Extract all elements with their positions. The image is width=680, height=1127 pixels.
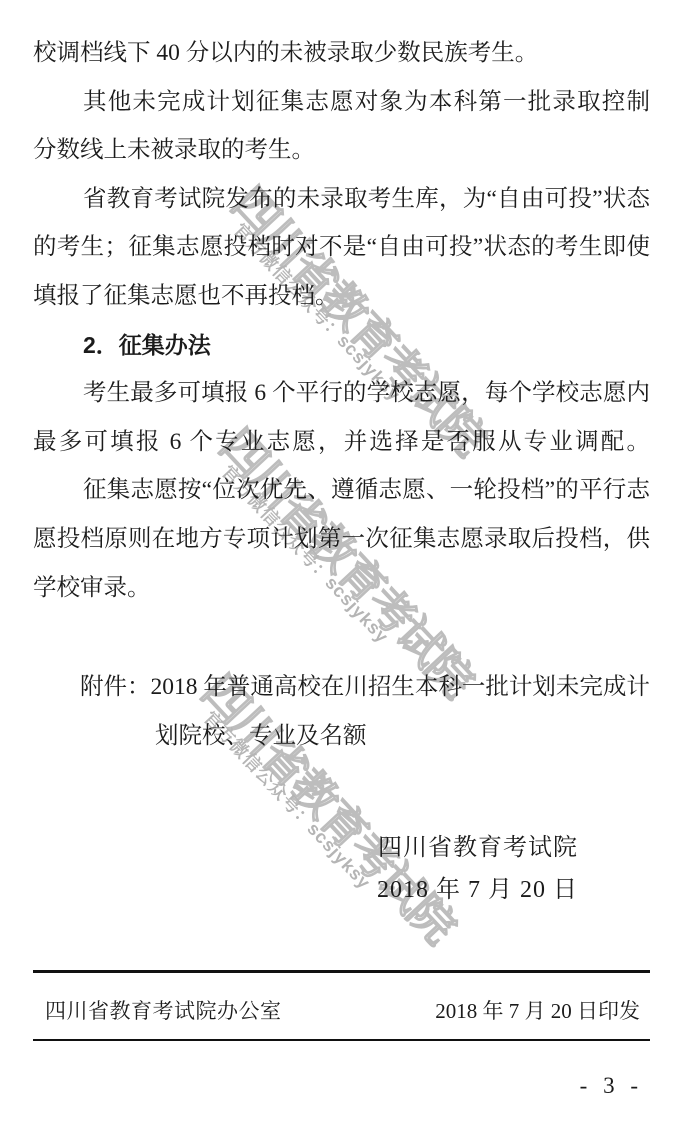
signature-date: 2018 年 7 月 20 日 [377,869,578,904]
body-line: 最多可填报 6 个专业志愿，并选择是否服从专业调配。 [33,427,650,476]
footer-office: 四川省教育考试院办公室 [33,995,282,1025]
attachment-note: 附件：2018 年普通高校在川招生本科一批计划未完成计 划院校、专业及名额 [33,672,650,769]
body-line: 填报了征集志愿也不再投档。 [33,281,650,330]
signature-org: 四川省教育考试院 [378,827,578,862]
attachment-line: 附件：2018 年普通高校在川招生本科一批计划未完成计 [33,672,650,721]
body-line: 学校审录。 [33,573,650,622]
attachment-line: 划院校、专业及名额 [33,721,650,770]
body-line: 分数线上未被录取的考生。 [33,135,650,184]
footer-row: 四川省教育考试院办公室 2018 年 7 月 20 日印发 [33,995,650,1025]
body-line: 的考生；征集志愿投档时对不是“自由可投”状态的考生即使 [33,232,650,281]
footer-rule-top [33,970,650,973]
footer-print-date: 2018 年 7 月 20 日印发 [435,995,650,1025]
document-page: 四川省教育考试院 官方微信公众号：scsjyksy 四川省教育考试院 官方微信公… [0,0,680,1127]
body-line: 征集志愿按“位次优先、遵循志愿、一轮投档”的平行志 [33,475,650,524]
body-line: 其他未完成计划征集志愿对象为本科第一批录取控制 [33,87,650,136]
page-number: - 3 - [580,1073,643,1099]
body-line: 省教育考试院发布的未录取考生库，为“自由可投”状态 [33,184,650,233]
document-body: 校调档线下 40 分以内的未被录取少数民族考生。 其他未完成计划征集志愿对象为本… [33,38,650,621]
body-line: 愿投档原则在地方专项计划第一次征集志愿录取后投档，供 [33,524,650,573]
section-heading: 2．征集办法 [33,330,650,379]
body-line: 校调档线下 40 分以内的未被录取少数民族考生。 [33,38,650,87]
body-line: 考生最多可填报 6 个平行的学校志愿，每个学校志愿内 [33,378,650,427]
footer-rule-bottom [33,1039,650,1041]
